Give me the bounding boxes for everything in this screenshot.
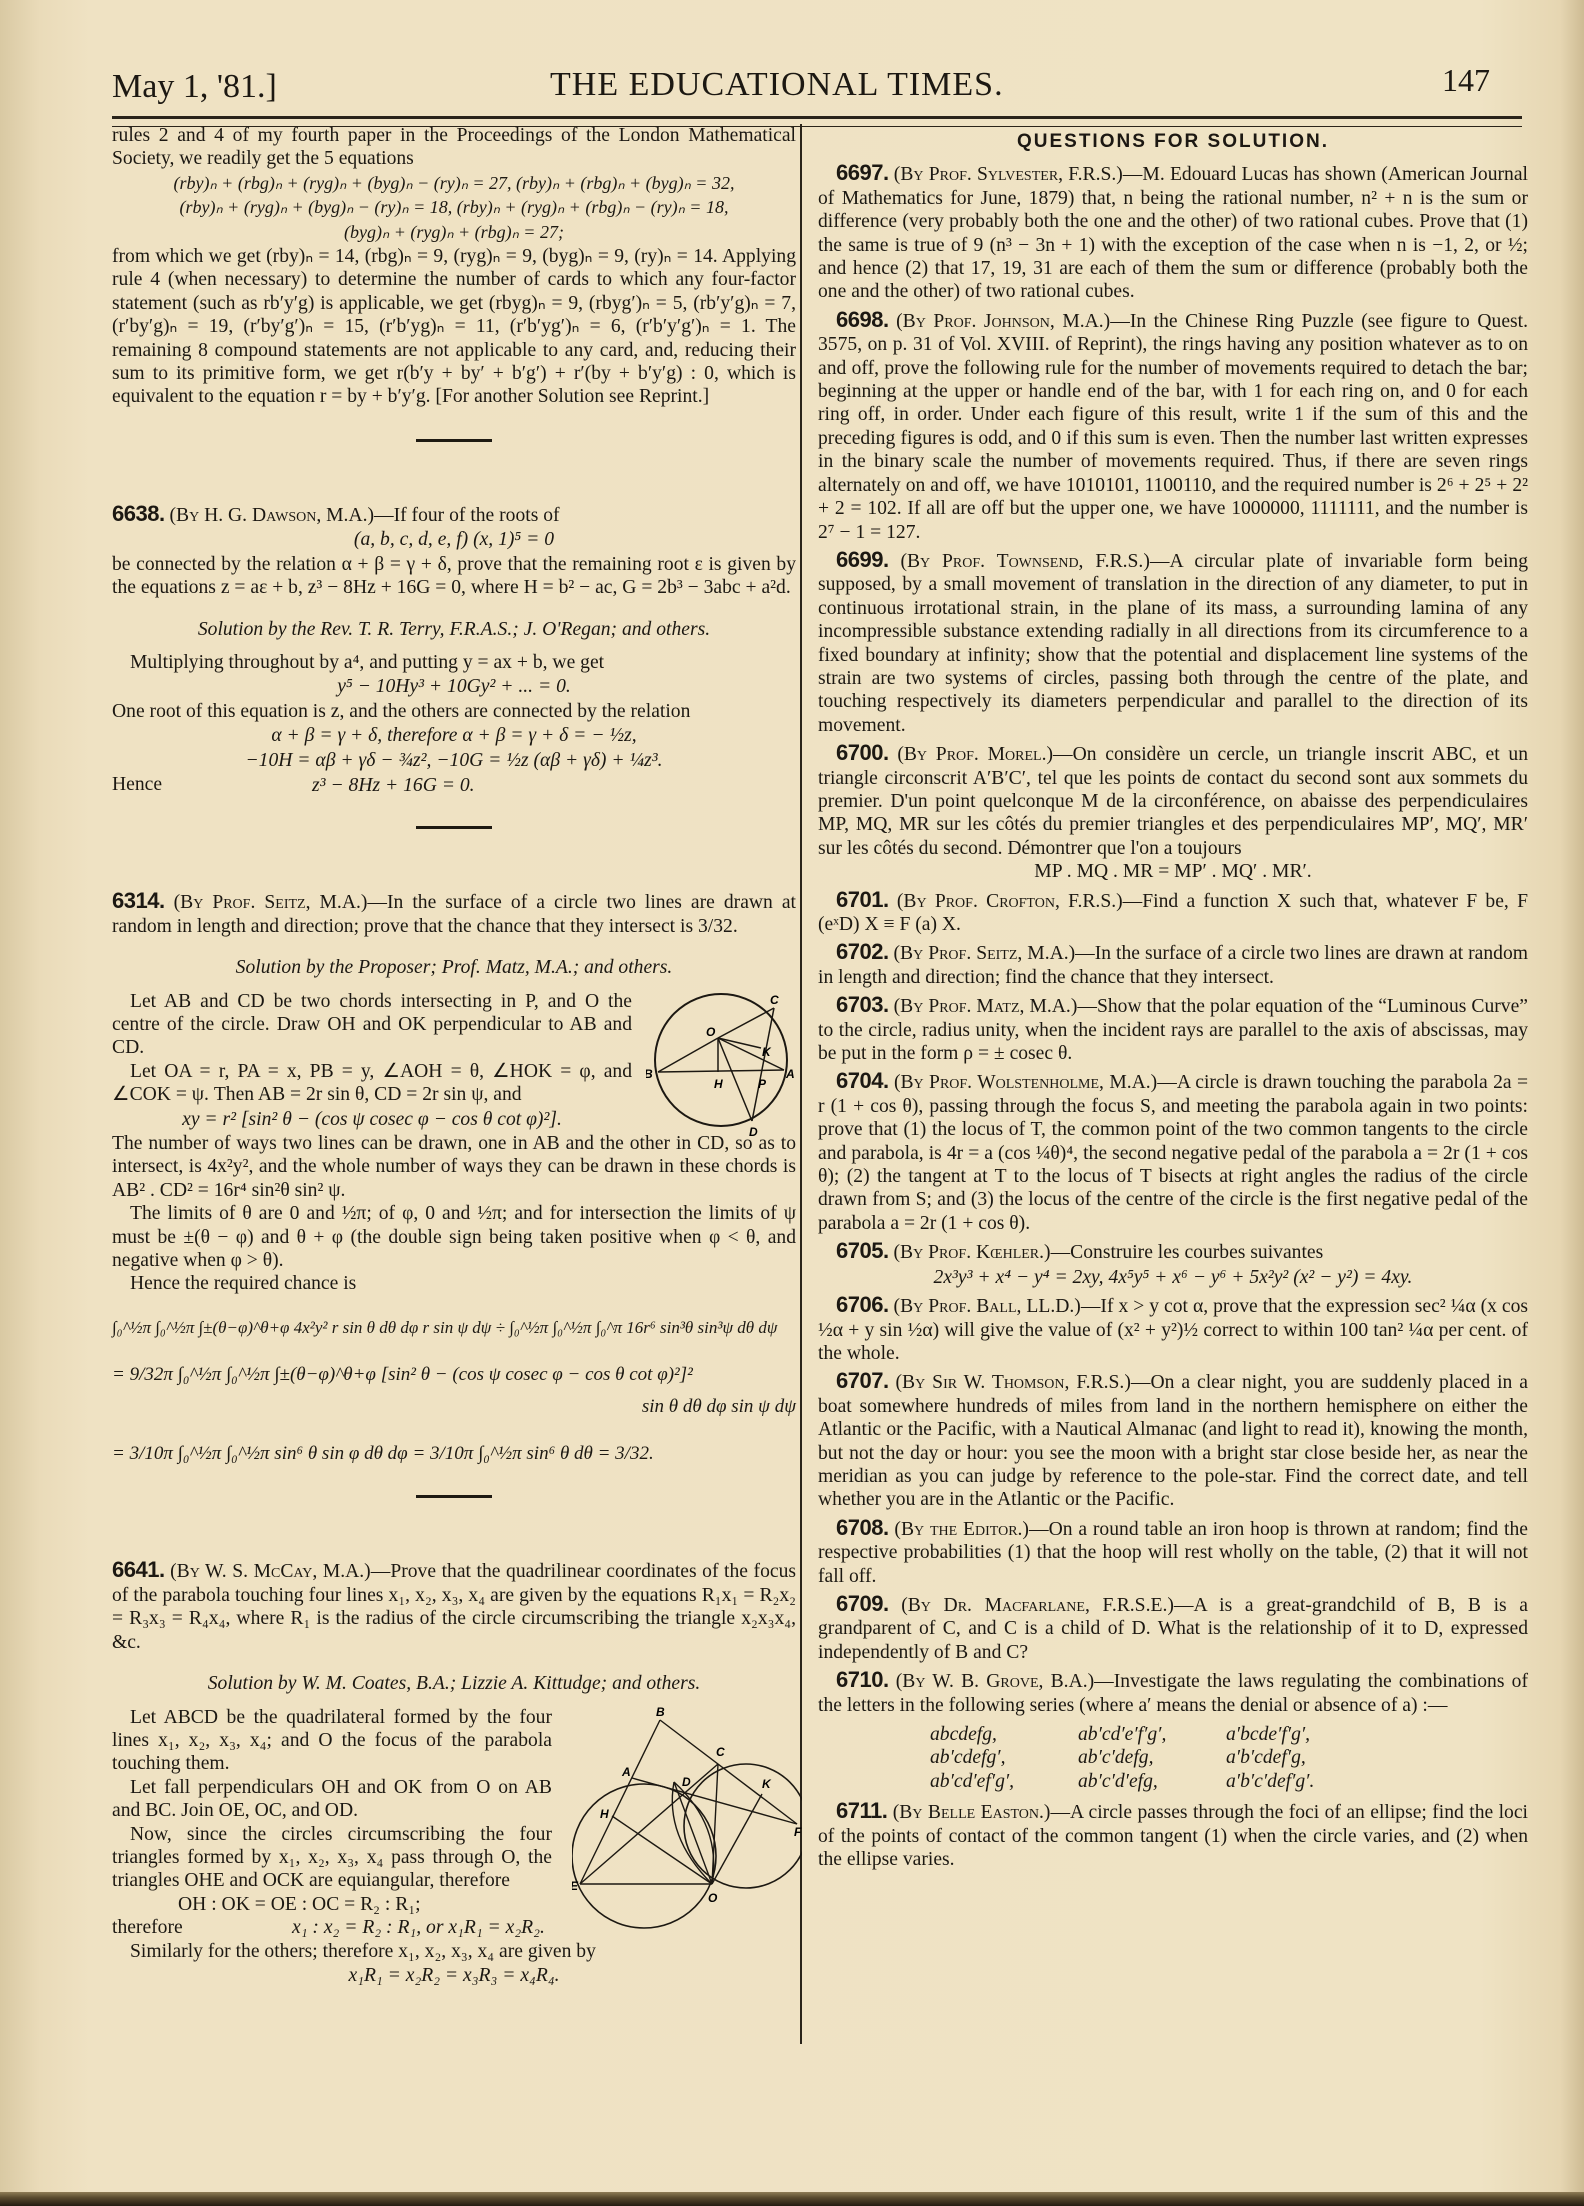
section-separator bbox=[416, 1495, 492, 1498]
question-6710: 6710. (By W. B. Grove, B.A.)—Investigate… bbox=[818, 1668, 1528, 1793]
question-6703: 6703. (By Prof. Matz, M.A.)—Show that th… bbox=[818, 993, 1528, 1065]
svg-text:P: P bbox=[758, 1077, 767, 1091]
svg-text:H: H bbox=[714, 1077, 723, 1091]
paragraph: The number of ways two lines can be draw… bbox=[112, 1132, 796, 1202]
figure-container: C O K B H P A D Let AB and CD be two cho… bbox=[112, 990, 796, 1131]
question-number: 6706. bbox=[836, 1292, 889, 1317]
question-number: 6314. bbox=[112, 888, 165, 913]
paragraph: One root of this equation is z, and the … bbox=[112, 700, 796, 723]
paragraph: rules 2 and 4 of my fourth paper in the … bbox=[112, 124, 796, 171]
question-6707: 6707. (By Sir W. Thomson, F.R.S.)—On a c… bbox=[818, 1369, 1528, 1511]
paragraph: Let fall perpendiculars OH and OK from O… bbox=[112, 1776, 552, 1823]
solution-byline: Solution by W. M. Coates, B.A.; Lizzie A… bbox=[112, 1672, 796, 1695]
chord-intersection-diagram: C O K B H P A D bbox=[646, 990, 796, 1140]
equation: xy = r² [sin² θ − (cos ψ cosec φ − cos θ… bbox=[112, 1108, 632, 1131]
svg-text:O: O bbox=[708, 1891, 718, 1905]
question-6704: 6704. (By Prof. Wolstenholme, M.A.)—A ci… bbox=[818, 1069, 1528, 1235]
question-6314: 6314. (By Prof. Seitz, M.A.)—In the surf… bbox=[112, 889, 796, 1465]
equation: MP . MQ . MR = MP′ . MQ′ . MR′. bbox=[818, 860, 1528, 883]
equation: (a, b, c, d, e, f) (x, 1)⁵ = 0 bbox=[112, 528, 796, 551]
series-row: ab′cd′ef′g′, ab′c′d′efg, a′b′c′def′g′. bbox=[930, 1770, 1528, 1793]
question-number: 6709. bbox=[836, 1591, 889, 1616]
paragraph: Multiplying throughout by a⁴, and puttin… bbox=[112, 651, 796, 674]
svg-text:B: B bbox=[646, 1067, 653, 1081]
series-item: a′b′c′def′g′. bbox=[1226, 1770, 1374, 1793]
question-author: (By Prof. Wolstenholme, M.A.) bbox=[894, 1072, 1157, 1093]
header-date: May 1, '81.] bbox=[112, 68, 277, 106]
series-item: abcdefg, bbox=[930, 1723, 1078, 1746]
svg-text:B: B bbox=[656, 1706, 665, 1719]
paragraph: The limits of θ are 0 and ½π; of φ, 0 an… bbox=[112, 1202, 796, 1272]
question-6638: 6638. (By H. G. Dawson, M.A.)—If four of… bbox=[112, 502, 796, 796]
equation: z³ − 8Hz + 16G = 0. bbox=[312, 774, 475, 797]
paragraph: Hence the required chance is bbox=[112, 1272, 796, 1295]
series-item: ab′c′defg, bbox=[1078, 1746, 1226, 1769]
svg-text:E: E bbox=[572, 1879, 579, 1893]
solution-byline: Solution by the Proposer; Prof. Matz, M.… bbox=[112, 956, 796, 979]
series-item: ab′c′d′efg, bbox=[1078, 1770, 1226, 1793]
question-number: 6704. bbox=[836, 1068, 889, 1093]
series-row: ab′cdefg′, ab′c′defg, a′b′cdef′g, bbox=[930, 1746, 1528, 1769]
series-item: a′b′cdef′g, bbox=[1226, 1746, 1374, 1769]
question-6700: 6700. (By Prof. Morel.)—On considère un … bbox=[818, 741, 1528, 883]
question-number: 6708. bbox=[836, 1515, 889, 1540]
question-author: (By Sir W. Thomson, F.R.S.) bbox=[896, 1372, 1131, 1393]
left-column: rules 2 and 4 of my fourth paper in the … bbox=[112, 124, 796, 1988]
question-number: 6705. bbox=[836, 1238, 889, 1263]
paragraph: Similarly for the others; therefore x₁, … bbox=[112, 1940, 796, 1963]
series-item: a′bcde′f′g′, bbox=[1226, 1723, 1374, 1746]
integral-equation: ∫₀^½π ∫₀^½π ∫±(θ−φ)^θ+φ 4x²y² r sin θ dθ… bbox=[112, 1316, 796, 1339]
question-number: 6699. bbox=[836, 547, 889, 572]
question-author: (By Dr. Macfarlane, F.R.S.E.) bbox=[901, 1595, 1174, 1616]
svg-text:A: A bbox=[621, 1765, 631, 1779]
svg-text:D: D bbox=[749, 1125, 758, 1139]
question-number: 6641. bbox=[112, 1557, 165, 1582]
question-author: (By Belle Easton.) bbox=[893, 1802, 1051, 1823]
question-number: 6711. bbox=[836, 1798, 887, 1823]
question-number: 6638. bbox=[112, 501, 165, 526]
paragraph: Let OA = r, PA = x, PB = y, ∠AOH = θ, ∠H… bbox=[112, 1060, 632, 1107]
page-number: 147 bbox=[1442, 62, 1490, 99]
paragraph: Now, since the circles circumscribing th… bbox=[112, 1823, 552, 1893]
question-number: 6702. bbox=[836, 939, 889, 964]
question-author: (By Prof. Ball, LL.D.) bbox=[894, 1296, 1081, 1317]
question-author: (By Prof. Townsend, F.R.S.) bbox=[900, 551, 1149, 572]
section-separator bbox=[416, 439, 492, 442]
question-text: —A circular plate of invariable form bei… bbox=[818, 551, 1528, 736]
letter-series: abcdefg, ab′cd′e′f′g′, a′bcde′f′g′, ab′c… bbox=[930, 1723, 1528, 1793]
questions-list: 6697. (By Prof. Sylvester, F.R.S.)—M. Ed… bbox=[818, 161, 1528, 1871]
paragraph: Let ABCD be the quadrilateral formed by … bbox=[112, 1706, 552, 1776]
question-number: 6710. bbox=[836, 1667, 889, 1692]
series-item: ab′cd′ef′g′, bbox=[930, 1770, 1078, 1793]
hence-label: Hence bbox=[112, 774, 162, 795]
text-beside-figure: Let AB and CD be two chords intersecting… bbox=[112, 990, 632, 1131]
page-header: May 1, '81.] THE EDUCATIONAL TIMES. 147 bbox=[112, 62, 1512, 112]
series-item: ab′cdefg′, bbox=[930, 1746, 1078, 1769]
equation: x₁ : x₂ = R₂ : R₁, or x₁R₁ = x₂R₂. bbox=[292, 1916, 545, 1939]
question-text: —Construire les courbes suivantes bbox=[1051, 1242, 1324, 1263]
publication-title: THE EDUCATIONAL TIMES. bbox=[550, 66, 1004, 104]
svg-text:K: K bbox=[762, 1045, 772, 1059]
question-author: (By Prof. Seitz, M.A.) bbox=[894, 943, 1076, 964]
question-6699: 6699. (By Prof. Townsend, F.R.S.)—A circ… bbox=[818, 548, 1528, 737]
integral-equation: = 9/32π ∫₀^½π ∫₀^½π ∫±(θ−φ)^θ+φ [sin² θ … bbox=[112, 1363, 796, 1386]
question-number: 6701. bbox=[836, 887, 889, 912]
figure-label: C bbox=[770, 993, 779, 1007]
section-separator bbox=[416, 826, 492, 829]
therefore-label: therefore bbox=[112, 1917, 183, 1938]
equation: (rby)ₙ + (ryg)ₙ + (byg)ₙ − (ry)ₙ = 18, (… bbox=[112, 196, 796, 219]
question-6698: 6698. (By Prof. Johnson, M.A.)—In the Ch… bbox=[818, 308, 1528, 544]
question-6706: 6706. (By Prof. Ball, LL.D.)—If x > y co… bbox=[818, 1293, 1528, 1365]
question-text: —A circle is drawn touching the parabola… bbox=[818, 1072, 1528, 1233]
question-author: (By Prof. Morel.) bbox=[897, 744, 1053, 765]
solution-byline: Solution by the Rev. T. R. Terry, F.R.A.… bbox=[112, 618, 796, 641]
section-heading: QUESTIONS FOR SOLUTION. bbox=[818, 130, 1528, 153]
integral-equation: = 3/10π ∫₀^½π ∫₀^½π sin⁶ θ sin φ dθ dφ =… bbox=[112, 1442, 796, 1465]
svg-text:H: H bbox=[600, 1807, 609, 1821]
question-author: (By Prof. Matz, M.A.) bbox=[894, 996, 1078, 1017]
equation: −10H = αβ + γδ − ¾z², −10G = ½z (αβ + γδ… bbox=[112, 749, 796, 772]
svg-text:K: K bbox=[762, 1777, 772, 1791]
svg-text:A: A bbox=[785, 1067, 795, 1081]
question-number: 6700. bbox=[836, 740, 889, 765]
svg-text:F: F bbox=[794, 1825, 802, 1839]
question-6711: 6711. (By Belle Easton.)—A circle passes… bbox=[818, 1799, 1528, 1871]
equation: α + β = γ + δ, therefore α + β = γ + δ =… bbox=[112, 724, 796, 747]
parabola-focus-diagram: B C A D K H F E O bbox=[572, 1706, 802, 1936]
svg-text:D: D bbox=[682, 1775, 691, 1789]
equation: y⁵ − 10Hy³ + 10Gy² + ... = 0. bbox=[112, 675, 796, 698]
continued-solution: rules 2 and 4 of my fourth paper in the … bbox=[112, 124, 796, 409]
question-number: 6698. bbox=[836, 307, 889, 332]
question-author: (By Prof. Crofton, F.R.S.) bbox=[897, 891, 1123, 912]
question-author: (By Prof. Seitz, M.A.) bbox=[174, 892, 368, 913]
integral-equation: sin θ dθ dφ sin ψ dψ bbox=[112, 1395, 796, 1418]
equation: 2x³y³ + x⁴ − y⁴ = 2xy, 4x⁵y⁵ + x⁶ − y⁶ +… bbox=[818, 1266, 1528, 1289]
page-bottom-edge bbox=[0, 2192, 1584, 2206]
question-author: (By W. S. McCay, M.A.) bbox=[170, 1561, 371, 1582]
right-column: QUESTIONS FOR SOLUTION. 6697. (By Prof. … bbox=[818, 124, 1528, 1871]
paragraph: from which we get (rby)ₙ = 14, (rbg)ₙ = … bbox=[112, 245, 796, 409]
question-6701: 6701. (By Prof. Crofton, F.R.S.)—Find a … bbox=[818, 888, 1528, 937]
question-author: (By W. B. Grove, B.A.) bbox=[896, 1671, 1094, 1692]
question-6705: 6705. (By Prof. Kœhler.)—Construire les … bbox=[818, 1239, 1528, 1289]
svg-text:C: C bbox=[716, 1745, 725, 1759]
question-author: (By the Editor.) bbox=[894, 1519, 1029, 1540]
question-text: —In the Chinese Ring Puzzle (see figure … bbox=[818, 311, 1528, 543]
series-item: ab′cd′e′f′g′, bbox=[1078, 1723, 1226, 1746]
question-author: (By Prof. Kœhler.) bbox=[893, 1242, 1050, 1263]
question-author: (By H. G. Dawson, M.A.) bbox=[169, 505, 374, 526]
equation: (byg)ₙ + (ryg)ₙ + (rbg)ₙ = 27; bbox=[112, 221, 796, 244]
equation: (rby)ₙ + (rbg)ₙ + (ryg)ₙ + (byg)ₙ − (ry)… bbox=[112, 172, 796, 195]
question-number: 6703. bbox=[836, 992, 889, 1017]
question-text: be connected by the relation α + β = γ +… bbox=[112, 553, 796, 600]
question-author: (By Prof. Sylvester, F.R.S.) bbox=[894, 164, 1123, 185]
series-row: abcdefg, ab′cd′e′f′g′, a′bcde′f′g′, bbox=[930, 1723, 1528, 1746]
question-6709: 6709. (By Dr. Macfarlane, F.R.S.E.)—A is… bbox=[818, 1592, 1528, 1664]
text-beside-figure: Let ABCD be the quadrilateral formed by … bbox=[112, 1706, 552, 1893]
question-6702: 6702. (By Prof. Seitz, M.A.)—In the surf… bbox=[818, 940, 1528, 989]
svg-text:O: O bbox=[706, 1025, 716, 1039]
question-number: 6697. bbox=[836, 160, 889, 185]
question-author: (By Prof. Johnson, M.A.) bbox=[896, 311, 1110, 332]
equation: x₁R₁ = x₂R₂ = x₃R₃ = x₄R₄. bbox=[112, 1964, 796, 1987]
question-6708: 6708. (By the Editor.)—On a round table … bbox=[818, 1516, 1528, 1588]
paragraph: Let AB and CD be two chords intersecting… bbox=[112, 990, 632, 1060]
figure-container: B C A D K H F E O Let ABCD be the quadri… bbox=[112, 1706, 796, 1893]
question-6697: 6697. (By Prof. Sylvester, F.R.S.)—M. Ed… bbox=[818, 161, 1528, 303]
question-6641: 6641. (By W. S. McCay, M.A.)—Prove that … bbox=[112, 1558, 796, 1987]
question-number: 6707. bbox=[836, 1368, 889, 1393]
question-text: —If four of the roots of bbox=[374, 505, 560, 526]
